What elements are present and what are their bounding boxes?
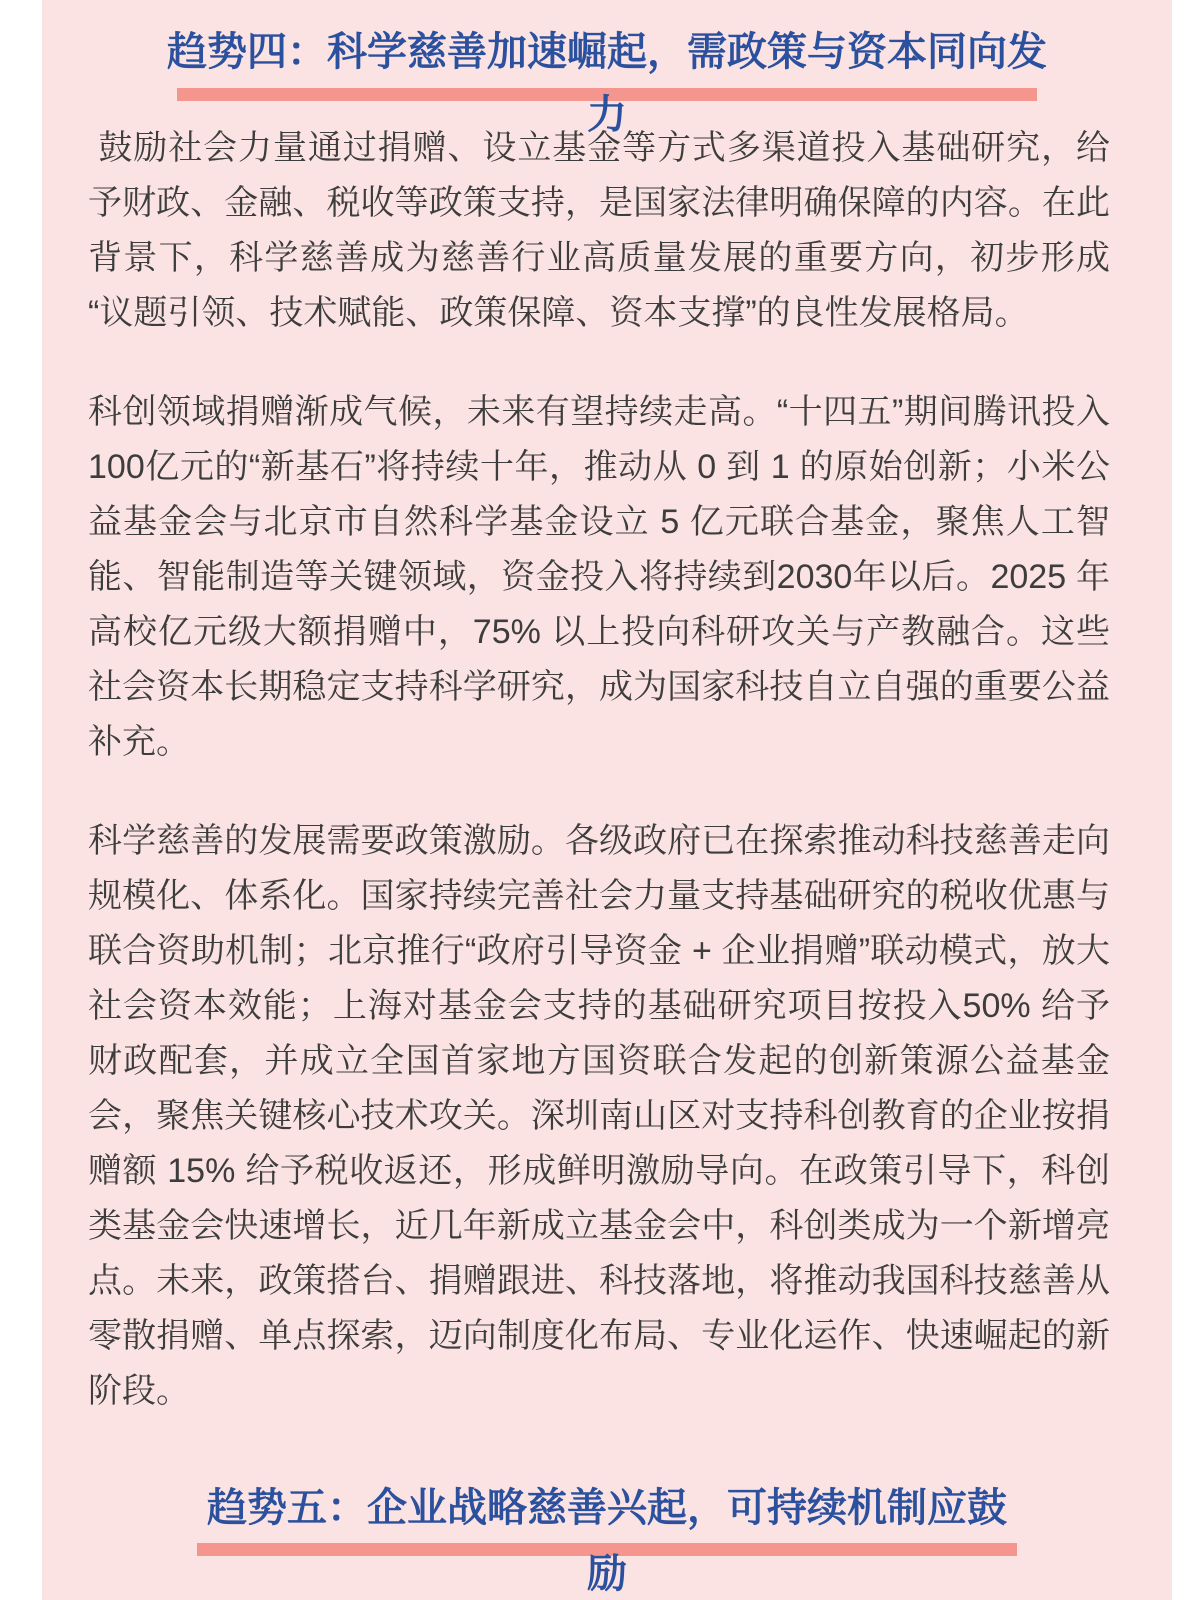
- article-body: 鼓励社会力量通过捐赠、设立基金等方式多渠道投入基础研究，给予财政、金融、税收等政…: [88, 121, 1110, 1419]
- article-panel: 趋势四：科学慈善加速崛起，需政策与资本同向发 力 鼓励社会力量通过捐赠、设立基金…: [42, 0, 1172, 1600]
- section5-heading-line2: 励: [42, 1552, 1172, 1596]
- page-background: 趋势四：科学慈善加速崛起，需政策与资本同向发 力 鼓励社会力量通过捐赠、设立基金…: [0, 0, 1200, 1600]
- paragraph-2: 科创领域捐赠渐成气候，未来有望持续走高。“十四五”期间腾讯投入100亿元的“新基…: [88, 385, 1110, 770]
- section4-heading-line1: 趋势四：科学慈善加速崛起，需政策与资本同向发: [42, 26, 1172, 78]
- paragraph-1: 鼓励社会力量通过捐赠、设立基金等方式多渠道投入基础研究，给予财政、金融、税收等政…: [88, 121, 1110, 341]
- section5-heading-line1: 趋势五：企业战略慈善兴起，可持续机制应鼓: [42, 1482, 1172, 1534]
- section5-heading: 趋势五：企业战略慈善兴起，可持续机制应鼓 励: [42, 1482, 1172, 1596]
- paragraph-3: 科学慈善的发展需要政策激励。各级政府已在探索推动科技慈善走向规模化、体系化。国家…: [88, 814, 1110, 1419]
